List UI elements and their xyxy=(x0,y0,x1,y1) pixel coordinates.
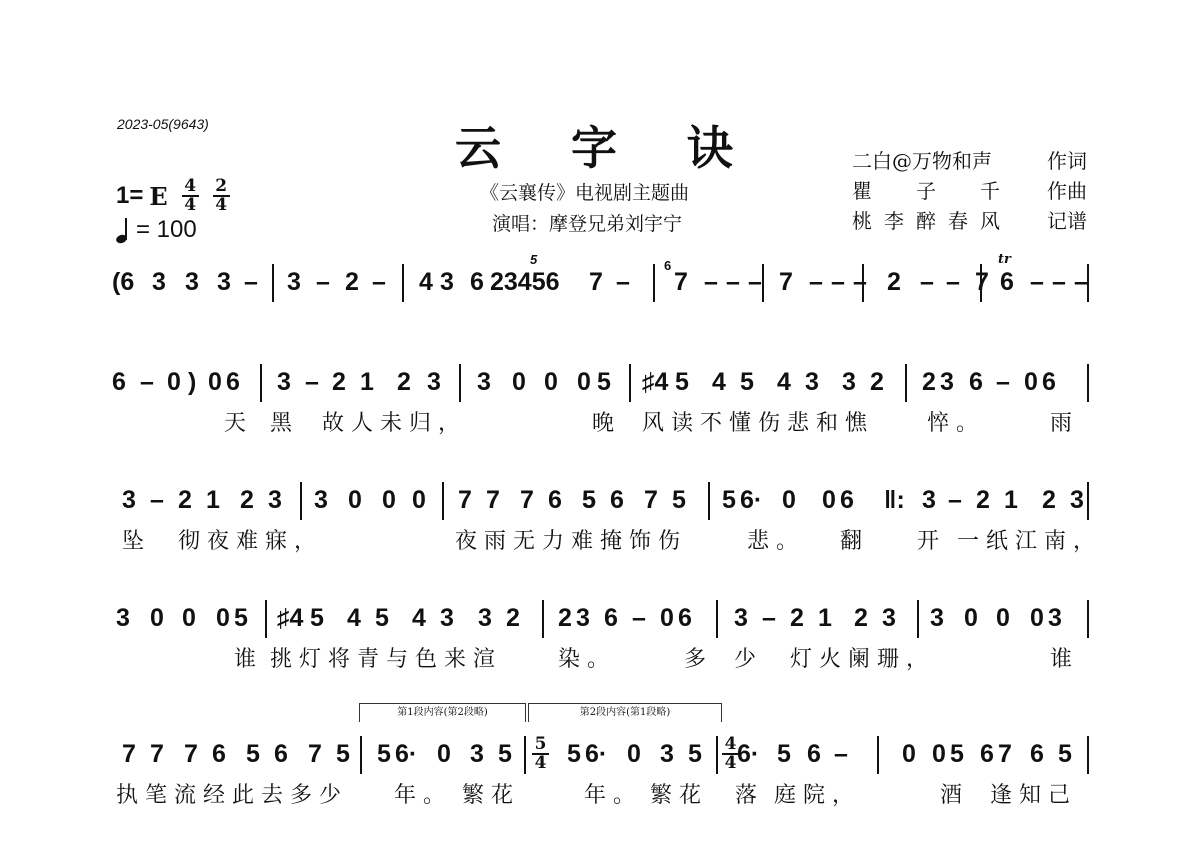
note: 3 xyxy=(734,604,748,633)
note: 3 xyxy=(217,268,231,297)
note: 7 xyxy=(589,268,603,297)
grace-note: 6 xyxy=(664,258,671,273)
note: 6· xyxy=(585,740,607,769)
note: 3 xyxy=(660,740,674,769)
note: ♯4 xyxy=(277,604,303,633)
score-code: 2023-05(9643) xyxy=(117,116,209,132)
volta-bracket: 第1段内容(第2段略) xyxy=(359,703,526,722)
note: 5 xyxy=(777,740,791,769)
note: 0 xyxy=(150,604,164,633)
bar-line xyxy=(1087,482,1089,520)
lyric: 黑 xyxy=(270,406,299,437)
tuplet-mark: 5 xyxy=(530,252,537,267)
note: 2 xyxy=(790,604,804,633)
trill-mark: tr xyxy=(998,252,1011,267)
note: 5 xyxy=(246,740,260,769)
notation-row: 6–0)063–212330005♯45454332236–06 xyxy=(112,362,1092,402)
note: 0 xyxy=(544,368,558,397)
bar-line xyxy=(260,364,262,402)
lyrics-row xyxy=(112,306,1092,340)
bar-line xyxy=(629,364,631,402)
credit-row: 二白@万物和声作词 xyxy=(852,146,1087,176)
credit-role: 记谱 xyxy=(1047,206,1087,236)
bar-line xyxy=(300,482,302,520)
lyric: 年。 xyxy=(394,778,452,809)
note: – xyxy=(920,268,934,297)
note: 6· xyxy=(395,740,417,769)
note: 3 xyxy=(440,268,454,297)
lyric: 少 xyxy=(734,642,763,673)
note: 5 xyxy=(567,740,581,769)
note: 0 xyxy=(822,486,836,515)
note: 0 xyxy=(382,486,396,515)
credits-block: 二白@万物和声作词瞿子千作曲桃李醉春风记谱 xyxy=(852,146,1087,236)
note: – xyxy=(305,368,319,397)
note: 2 xyxy=(506,604,520,633)
bar-line xyxy=(980,264,982,302)
quarter-note-icon xyxy=(116,217,132,243)
note: 0 xyxy=(660,604,674,633)
note: 3 xyxy=(277,368,291,397)
note: 3 xyxy=(314,486,328,515)
note: 5 xyxy=(498,740,512,769)
note: 3 xyxy=(268,486,282,515)
note: 3 xyxy=(940,368,954,397)
note: 3 xyxy=(470,740,484,769)
note: 0 xyxy=(932,740,946,769)
note: 0 xyxy=(182,604,196,633)
bar-line xyxy=(877,736,879,774)
lyric: 夜雨无力难掩饰伤 xyxy=(455,524,687,555)
note: 3 xyxy=(882,604,896,633)
note: 7 xyxy=(458,486,472,515)
score-line: 6–0)063–212330005♯45454332236–06天黑故人未归，晚… xyxy=(112,362,1092,440)
lyric: 悲。 xyxy=(747,524,805,555)
note: 3 xyxy=(116,604,130,633)
credit-row: 桃李醉春风记谱 xyxy=(852,206,1087,236)
lyric: 一纸江南， xyxy=(957,524,1102,555)
time-signature-change: 44 xyxy=(722,736,739,772)
note: 2 xyxy=(922,368,936,397)
note: 6 xyxy=(1030,740,1044,769)
note: 3 xyxy=(576,604,590,633)
note: – xyxy=(1030,268,1044,297)
bar-line xyxy=(402,264,404,302)
score-line: (6333–3–2–436234567–7–––7–––2––76–––6tr5 xyxy=(112,262,1092,340)
lyric: 多 xyxy=(684,642,713,673)
note: 4 xyxy=(347,604,361,633)
tempo-marking: = 100 xyxy=(116,216,197,244)
note: – xyxy=(1052,268,1066,297)
credit-name: 瞿子千 xyxy=(852,176,1000,206)
note: 5 xyxy=(375,604,389,633)
note: 3 xyxy=(152,268,166,297)
note: 3 xyxy=(440,604,454,633)
note: – xyxy=(1074,268,1088,297)
note: 0 xyxy=(1030,604,1044,633)
lyric: 天 xyxy=(224,406,253,437)
lyric: 悴。 xyxy=(927,406,985,437)
note: 0 xyxy=(577,368,591,397)
note: 5 xyxy=(722,486,736,515)
note: 2 xyxy=(345,268,359,297)
note: 4 xyxy=(412,604,426,633)
note: 3 xyxy=(842,368,856,397)
note: 3 xyxy=(427,368,441,397)
note: 0 xyxy=(167,368,181,397)
bar-line xyxy=(1087,736,1089,774)
lyric: 彻夜难寐， xyxy=(178,524,323,555)
time-signature-2: 2 4 xyxy=(213,178,230,214)
note: 6· xyxy=(740,486,762,515)
note: 6· xyxy=(737,740,759,769)
note: 5 xyxy=(950,740,964,769)
note: 0 xyxy=(902,740,916,769)
note: 2 xyxy=(976,486,990,515)
song-subtitle: 《云襄传》电视剧主题曲 xyxy=(480,178,689,205)
note: 3 xyxy=(1048,604,1062,633)
note: 5 xyxy=(234,604,248,633)
note: 7 xyxy=(520,486,534,515)
note: 3 xyxy=(477,368,491,397)
lyric: 开 xyxy=(917,524,946,555)
bar-line xyxy=(524,736,526,774)
note: 2 xyxy=(887,268,901,297)
note: 1 xyxy=(1004,486,1018,515)
bar-line xyxy=(917,600,919,638)
note: 1 xyxy=(818,604,832,633)
notation-row: 30005♯45454332236–063–212330003 xyxy=(112,598,1092,638)
note: (6 xyxy=(112,268,134,297)
note: 6 xyxy=(604,604,618,633)
note: ♯4 xyxy=(642,368,668,397)
bar-line xyxy=(862,264,864,302)
note: 6 xyxy=(112,368,126,397)
note: 0 xyxy=(512,368,526,397)
bar-line xyxy=(1087,600,1089,638)
lyrics-row: 天黑故人未归，晚风读不懂伤悲和憔悴。雨 xyxy=(112,406,1092,440)
key-signature: 1= E 4 4 2 4 xyxy=(116,178,230,214)
note: 3 xyxy=(1070,486,1084,515)
lyric: 风读不懂伤悲和憔 xyxy=(642,406,874,437)
bar-line xyxy=(716,736,718,774)
note: 7 xyxy=(644,486,658,515)
note: – xyxy=(853,268,867,297)
note: 6 xyxy=(980,740,994,769)
note: 3 xyxy=(185,268,199,297)
note: 2 xyxy=(240,486,254,515)
note: 7 xyxy=(779,268,793,297)
note: 6 xyxy=(212,740,226,769)
lyric: 年。 xyxy=(584,778,642,809)
lyric: 谁 xyxy=(1050,642,1079,673)
note: 3 xyxy=(287,268,301,297)
key-label: 1= xyxy=(116,182,143,210)
note: 6 xyxy=(807,740,821,769)
note: 2 xyxy=(870,368,884,397)
note: 7 xyxy=(486,486,500,515)
note: 0 xyxy=(782,486,796,515)
bar-line xyxy=(762,264,764,302)
note: 2 xyxy=(332,368,346,397)
notation-row: 3–2123300077765567556·006‖:3–2123 xyxy=(112,480,1092,520)
lyric: 落 xyxy=(735,778,764,809)
lyric: 执笔流经此去多少 xyxy=(116,778,348,809)
note: 5 xyxy=(1058,740,1072,769)
note: 6 xyxy=(969,368,983,397)
bar-line xyxy=(1087,264,1089,302)
note: 6 xyxy=(1042,368,1056,397)
note: – xyxy=(372,268,386,297)
lyric: 酒 xyxy=(940,778,969,809)
note: 5 xyxy=(688,740,702,769)
bar-line xyxy=(905,364,907,402)
lyric: 故人未归， xyxy=(322,406,467,437)
lyric: 挑灯将青与色来渲 xyxy=(270,642,502,673)
note: 3 xyxy=(930,604,944,633)
note: 7 xyxy=(150,740,164,769)
note: – xyxy=(834,740,848,769)
note: 0 xyxy=(348,486,362,515)
note: – xyxy=(150,486,164,515)
note: ) xyxy=(188,368,196,397)
note: – xyxy=(762,604,776,633)
notation-row: 7776567556·03556·0356·56–00567655444 xyxy=(112,734,1092,774)
note: 5 xyxy=(336,740,350,769)
score-line: 7776567556·03556·0356·56–00567655444执笔流经… xyxy=(112,734,1092,812)
note: – xyxy=(831,268,845,297)
note: 6 xyxy=(610,486,624,515)
lyric: 庭院， xyxy=(774,778,861,809)
bar-line xyxy=(272,264,274,302)
note: 2 xyxy=(854,604,868,633)
note: 6 xyxy=(840,486,854,515)
time-signature-1: 4 4 xyxy=(182,178,199,214)
note: 7 xyxy=(998,740,1012,769)
note: 7 xyxy=(308,740,322,769)
credit-row: 瞿子千作曲 xyxy=(852,176,1087,206)
note: 0 xyxy=(1024,368,1038,397)
lyric: 雨 xyxy=(1050,406,1079,437)
note: – xyxy=(748,268,762,297)
bar-line xyxy=(265,600,267,638)
lyric: 谁 xyxy=(234,642,263,673)
note: 2 xyxy=(1042,486,1056,515)
note: 6 xyxy=(470,268,484,297)
note: 4 xyxy=(419,268,433,297)
lyric: 繁花 xyxy=(650,778,708,809)
note: 7 xyxy=(122,740,136,769)
note: 5 xyxy=(675,368,689,397)
note: – xyxy=(948,486,962,515)
note: 0 xyxy=(412,486,426,515)
volta-bracket: 第2段内容(第1段略) xyxy=(528,703,722,722)
note: 5 xyxy=(310,604,324,633)
note: – xyxy=(946,268,960,297)
note: – xyxy=(140,368,154,397)
lyric: 染。 xyxy=(558,642,616,673)
lyric: 逢知己 xyxy=(990,778,1077,809)
bar-line xyxy=(1087,364,1089,402)
note: 2 xyxy=(397,368,411,397)
note: ‖: xyxy=(884,486,905,515)
note: 5 xyxy=(582,486,596,515)
note: 5 xyxy=(672,486,686,515)
note: 2 xyxy=(178,486,192,515)
lyrics-row: 执笔流经此去多少年。繁花年。繁花落庭院，酒逢知己 xyxy=(112,778,1092,812)
credit-role: 作词 xyxy=(1047,146,1087,176)
note: 0 xyxy=(964,604,978,633)
score-line: 3–2123300077765567556·006‖:3–2123坠彻夜难寐，夜… xyxy=(112,480,1092,558)
note: 3 xyxy=(478,604,492,633)
credit-name: 桃李醉春风 xyxy=(852,206,1000,236)
lyric: 晚 xyxy=(592,406,621,437)
note: – xyxy=(632,604,646,633)
bar-line xyxy=(542,600,544,638)
notation-row: (6333–3–2–436234567–7–––7–––2––76–––6tr5 xyxy=(112,262,1092,302)
note: 1 xyxy=(206,486,220,515)
note: 3 xyxy=(805,368,819,397)
note: 0 xyxy=(437,740,451,769)
note: – xyxy=(316,268,330,297)
bar-line xyxy=(459,364,461,402)
bar-line xyxy=(442,482,444,520)
note: 4 xyxy=(712,368,726,397)
song-title: 云字诀 xyxy=(455,112,803,178)
lyric: 繁花 xyxy=(462,778,520,809)
note: – xyxy=(996,368,1010,397)
note: 5 xyxy=(377,740,391,769)
note: – xyxy=(616,268,630,297)
tempo-value: = 100 xyxy=(136,216,197,244)
note: 3 xyxy=(122,486,136,515)
note: 6 xyxy=(226,368,240,397)
note: 5 xyxy=(597,368,611,397)
note: 1 xyxy=(360,368,374,397)
note: 0 xyxy=(627,740,641,769)
lyrics-row: 坠彻夜难寐，夜雨无力难掩饰伤悲。翻开一纸江南， xyxy=(112,524,1092,558)
note: 0 xyxy=(216,604,230,633)
singer-credit: 演唱：摩登兄弟刘宇宁 xyxy=(492,209,682,236)
note: – xyxy=(244,268,258,297)
note: 23456 xyxy=(490,268,560,297)
score-line: 30005♯45454332236–063–212330003谁挑灯将青与色来渲… xyxy=(112,598,1092,676)
note: 2 xyxy=(558,604,572,633)
bar-line xyxy=(653,264,655,302)
note: 6 xyxy=(548,486,562,515)
lyric: 翻 xyxy=(840,524,869,555)
note: 4 xyxy=(777,368,791,397)
note: 7 xyxy=(674,268,688,297)
bar-line xyxy=(716,600,718,638)
note: 0 xyxy=(996,604,1010,633)
key-letter: E xyxy=(149,182,167,211)
lyrics-row: 谁挑灯将青与色来渲染。多少灯火阑珊，谁 xyxy=(112,642,1092,676)
bar-line xyxy=(360,736,362,774)
bar-line xyxy=(708,482,710,520)
lyric: 坠 xyxy=(122,524,151,555)
note: 0 xyxy=(208,368,222,397)
note: 6 xyxy=(274,740,288,769)
note: 5 xyxy=(740,368,754,397)
note: 7 xyxy=(184,740,198,769)
note: – xyxy=(726,268,740,297)
credit-name: 二白@万物和声 xyxy=(852,146,1000,176)
credit-role: 作曲 xyxy=(1047,176,1087,206)
note: 6 xyxy=(678,604,692,633)
note: – xyxy=(704,268,718,297)
note: 3 xyxy=(922,486,936,515)
time-signature-change: 54 xyxy=(532,736,549,772)
note: 6 xyxy=(1000,268,1014,297)
note: – xyxy=(809,268,823,297)
lyric: 灯火阑珊， xyxy=(790,642,935,673)
